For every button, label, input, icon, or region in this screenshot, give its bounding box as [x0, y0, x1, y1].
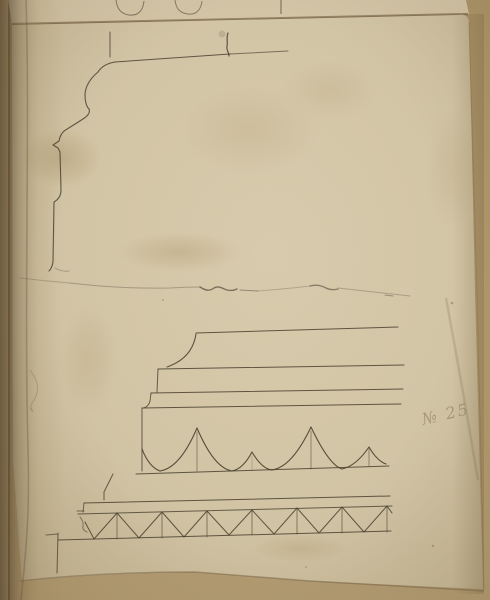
ink-smudge-halo	[219, 31, 226, 38]
sketchbook-photo: № 25	[0, 0, 490, 600]
right-edge-shade	[452, 14, 484, 594]
scan-canvas	[0, 0, 490, 600]
gutter-shadow	[8, 0, 64, 600]
